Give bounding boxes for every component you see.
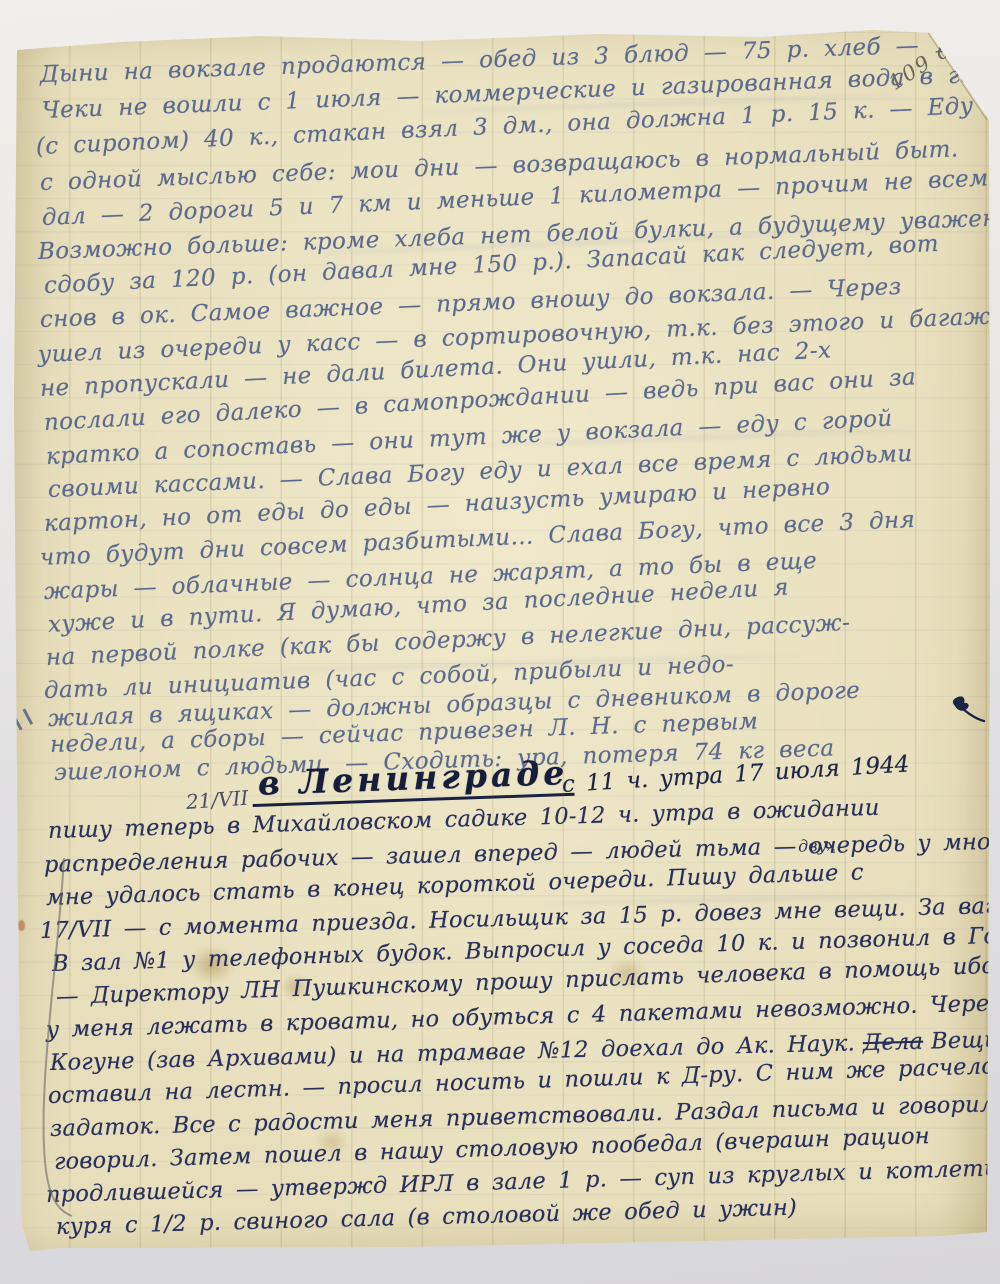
line-text: Вещи: [931, 1027, 999, 1055]
paper-stain: [18, 920, 25, 931]
margin-equals-mark: [12, 708, 33, 730]
photo-background: 109 об Дыни на вокзале продаются — обед …: [0, 0, 1000, 1284]
crossed-out-word: Дела: [863, 1029, 924, 1056]
margin-pencil-bracket: [28, 852, 98, 1232]
ink-blot: [946, 694, 990, 730]
interlinear-insertion: двух: [798, 835, 836, 855]
manuscript-page: 109 об Дыни на вокзале продаются — обед …: [0, 0, 1000, 1284]
heading-date: 21/VII: [185, 786, 249, 814]
